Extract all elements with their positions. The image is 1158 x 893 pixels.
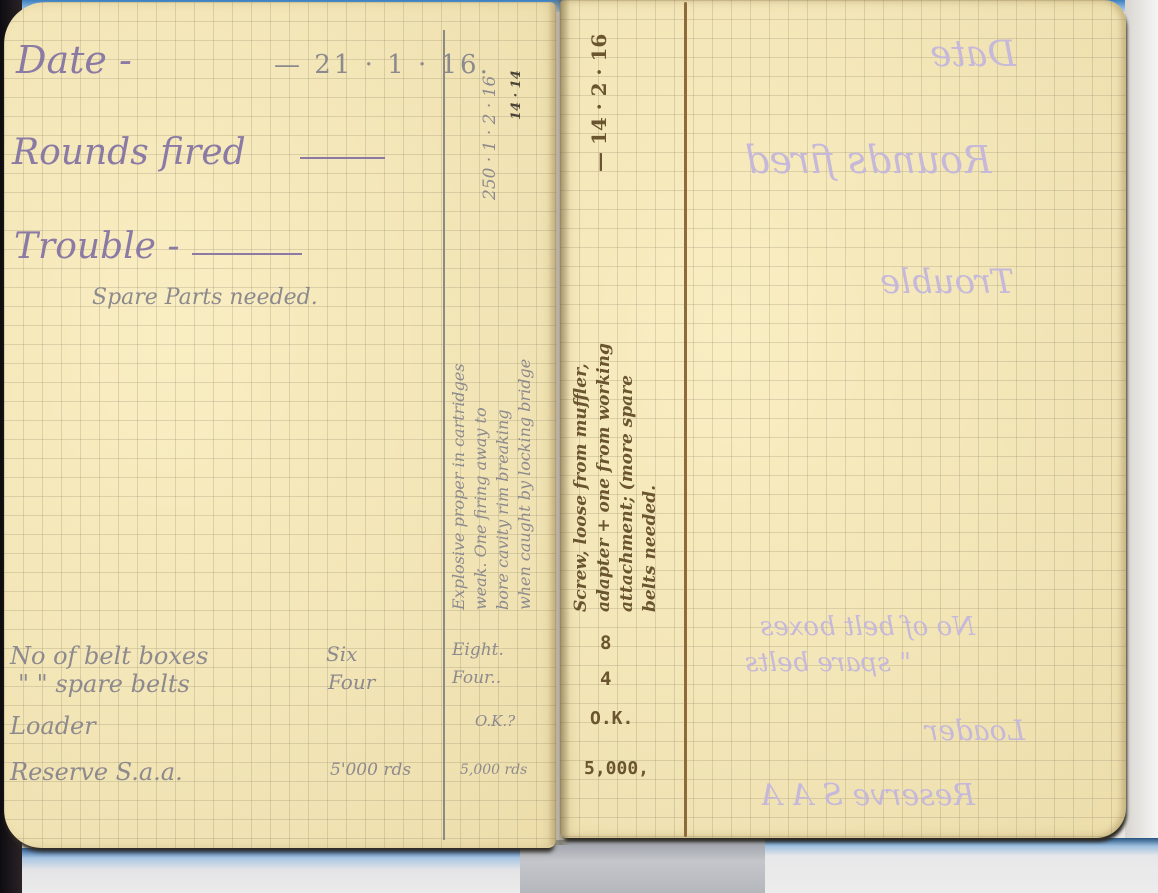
field-value-date: — 21 · 1 · 16. (274, 50, 491, 80)
trouble-dash (192, 253, 302, 255)
ghost-text-trouble: Trouble (880, 262, 1014, 302)
row-label-loader: Loader (10, 712, 96, 740)
right-note-line-1: Screw, loose from muffler, (570, 363, 593, 612)
ghost-text-date: Date (930, 34, 1016, 75)
rounds-fired-dash (300, 157, 385, 159)
field-label-trouble: Trouble - (14, 226, 180, 267)
ghost-text-belt-boxes: No of belt boxes (760, 612, 975, 642)
right-note-line-4: belts needed. (639, 485, 662, 612)
scanner-background-bottom-middle (520, 840, 765, 893)
row-spare-belts-col1: Four (328, 670, 375, 694)
right-row-loader: O.K. (590, 708, 633, 729)
ghost-text-spare-belts: " spare belts (745, 648, 911, 678)
field-label-rounds-fired: Rounds fired (12, 132, 246, 173)
right-note-line-2: adapter + one from working (593, 343, 616, 612)
row-belt-boxes-col2: Eight. (452, 640, 504, 660)
left-page-column-rule (443, 30, 445, 840)
column2-date-ink: 14 · 14 (505, 70, 529, 120)
field-label-date: Date - (16, 38, 132, 82)
right-page (560, 0, 1126, 838)
row-label-belt-boxes: No of belt boxes (10, 642, 208, 670)
column2-note-line-1: Explosive proper in cartridges (447, 363, 471, 610)
row-loader-col2: O.K.? (475, 712, 515, 730)
right-row-reserve-saa: 5,000, (584, 758, 649, 779)
ghost-text-rounds-fired: Rounds fired (745, 138, 992, 182)
column2-note-line-4: when caught by locking bridge (513, 359, 537, 610)
right-row-spare-belts: 4 (600, 668, 611, 690)
row-reserve-saa-col2: 5,000 rds (460, 762, 527, 778)
scanner-background-bottom-left (22, 848, 520, 893)
row-label-reserve-saa: Reserve S.a.a. (10, 758, 183, 786)
right-column-date: — 14 · 2 · 16 (588, 34, 611, 172)
book-gutter (548, 0, 570, 845)
scanner-background-right (1125, 0, 1158, 893)
row-label-spare-belts: " " spare belts (18, 670, 190, 698)
ghost-text-reserve-saa: Reserve S A A (760, 778, 975, 813)
row-spare-belts-col2: Four.. (452, 668, 501, 688)
ghost-text-loader: Loader (925, 714, 1025, 747)
right-row-belt-boxes: 8 (600, 632, 611, 654)
column2-note-line-2: weak. One firing away to (469, 407, 493, 610)
row-reserve-saa-col1: 5'000 rds (330, 760, 411, 780)
scanner-background-bottom-right (765, 838, 1158, 893)
right-page-column-rule (684, 2, 687, 837)
column2-date: 250 · 1 · 2 · 16 (478, 76, 502, 200)
field-value-trouble: Spare Parts needed. (92, 285, 318, 310)
right-note-line-3: attachment; (more spare (616, 375, 639, 612)
column2-note-line-3: bore cavity rim breaking (491, 409, 515, 610)
row-belt-boxes-col1: Six (326, 642, 357, 666)
